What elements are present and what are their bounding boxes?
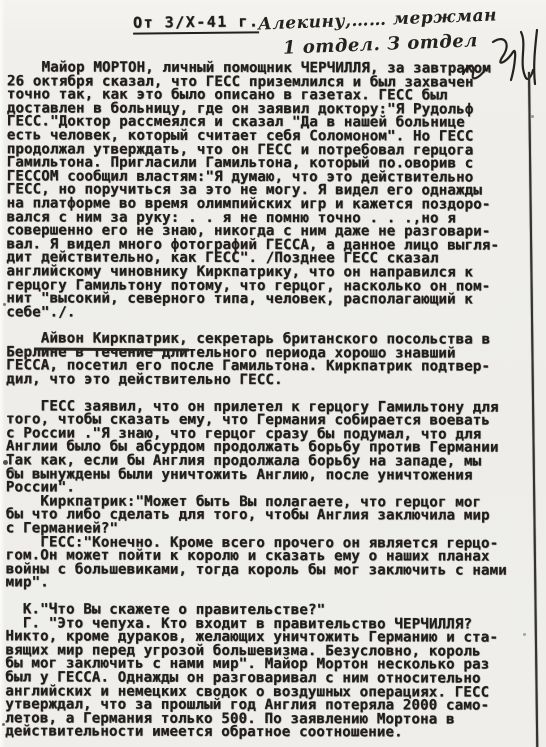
text-line: себе"./. — [6, 306, 534, 321]
typed-document-body: Майор МОРТОН, личный помощник ЧЕРЧИЛЛЯ, … — [5, 61, 535, 747]
text-line: действительности имеется обратное соотно… — [5, 726, 533, 741]
text-line: нит "высокий, северного типа, человек, р… — [6, 292, 534, 307]
scan-edge-shading — [0, 0, 5, 747]
paragraph-government-dialogue: К."Что Вы скажете о правительстве?" Г. "… — [5, 603, 533, 740]
handwritten-annotation-line2: 1 отдел. З отдел — [283, 30, 479, 58]
paragraph-hess-statement: ГЕСС заявил, что он прилетел к герцогу Г… — [6, 400, 534, 592]
paragraph-morton-breakfast: Майор МОРТОН, личный помощник ЧЕРЧИЛЛЯ, … — [6, 61, 535, 321]
scanned-document-page: От 3/X-41 г. Алекину,…… мержман 1 отдел.… — [0, 0, 546, 747]
paper-specks — [3, 303, 6, 306]
text-line: войны с большевиками, тогда король бы мо… — [6, 563, 534, 578]
paragraph-kirkpatrick-intro: Айвон Киркпатрик, секретарь британского … — [6, 333, 534, 389]
text-line: дил, что это действительно ГЕСС. — [6, 373, 534, 388]
text-line: бы вынуждены были уничтожить Англию, пос… — [6, 468, 534, 483]
text-line: мир". — [6, 577, 534, 592]
date-heading: От 3/X-41 г. — [133, 12, 260, 34]
